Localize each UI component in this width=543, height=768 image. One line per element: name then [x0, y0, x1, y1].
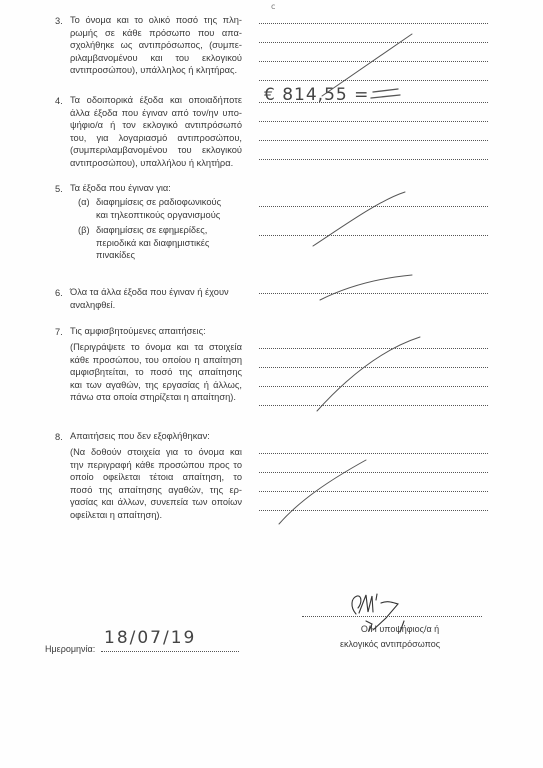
answer-line[interactable]: [259, 510, 488, 511]
answer-line[interactable]: [259, 386, 488, 387]
signature-caption-1: Ο/Η υποψήφιος/α ή: [300, 624, 500, 634]
text-line: αναληφθεί.: [70, 299, 245, 312]
top-mark: c: [271, 2, 276, 11]
text-line: (Περιγράψετε το όνομα και τα στοιχεία: [70, 341, 242, 354]
answer-line[interactable]: [259, 23, 488, 24]
answer-line[interactable]: [259, 140, 488, 141]
text-line: και τηλεοπτικούς οργανισμούς: [96, 209, 221, 222]
section-number: 4.: [55, 96, 63, 106]
text-line: ρωμής σε κάθε πρόσωπο που απα-: [70, 27, 242, 40]
text-line: αμφισβητείται, το ποσό της απαίτησης: [70, 366, 242, 379]
text-line: σχολήθηκε ως αντιπρόσωπος, (συμπε-: [70, 39, 242, 52]
text-line: περιοδικά και διαφημιστικές: [96, 237, 209, 250]
text-line: ποσό της απαίτησης αγαθών, της ερ-: [70, 484, 242, 497]
text-line: Το όνομα και το ολικό ποσό της πλη-: [70, 14, 242, 27]
section-5-title: Τα έξοδα που έγιναν για:: [70, 182, 171, 195]
text-line: άλλα έξοδα που έγιναν από τον/ην υπο-: [70, 107, 242, 120]
answer-line[interactable]: [259, 405, 488, 406]
answer-line[interactable]: [259, 159, 488, 160]
form-page: c 3. Το όνομα και το ολικό ποσό της πλη-…: [0, 0, 543, 768]
answer-line[interactable]: [259, 42, 488, 43]
answer-line[interactable]: [259, 80, 488, 81]
answer-line[interactable]: [259, 472, 488, 473]
text-line: ψήφιο/α ή τον εκλογικό αντιπρόσωπό: [70, 119, 242, 132]
text-line: του, για λογαριασμό αντιπροσώπου,: [70, 132, 242, 145]
text-line: αντιπροσώπου), υπάλληλος ή κλητήρας.: [70, 64, 242, 77]
equals-mark-2: [371, 95, 400, 98]
signature-caption-2: εκλογικός αντιπρόσωπος: [290, 639, 490, 649]
answer-line[interactable]: [259, 206, 488, 207]
section-3-text: Το όνομα και το ολικό ποσό της πλη- ρωμή…: [70, 14, 242, 77]
section-7-title: Τις αμφισβητούμενες απαιτήσεις:: [70, 325, 206, 338]
strike-section-8: [279, 460, 366, 524]
section-number: 7.: [55, 327, 63, 337]
text-line: (συμπεριλαμβανομένου του εκλογικού: [70, 144, 242, 157]
handwritten-date: 18/07/19: [104, 628, 196, 648]
text-line: Τα οδοιπορικά έξοδα και οποιαδήποτε: [70, 94, 242, 107]
answer-line[interactable]: [259, 121, 488, 122]
text-line: διαφημίσεις σε εφημερίδες,: [96, 224, 209, 237]
item-a-text: διαφημίσεις σε ραδιοφωνικούς και τηλεοπτ…: [96, 196, 221, 221]
text-line: την περιγραφή κάθε προσώπου προς το: [70, 459, 242, 472]
signature-line[interactable]: [302, 616, 482, 617]
text-line: κάθε προσώπου, του οποίου η απαίτηση: [70, 354, 242, 367]
text-line: διαφημίσεις σε ραδιοφωνικούς: [96, 196, 221, 209]
equals-mark-1: [373, 89, 398, 92]
text-line: οφείλεται η απαίτηση).: [70, 509, 242, 522]
answer-line[interactable]: [259, 102, 488, 103]
text-line: πάνω στα οποία στηρίζεται η απαίτηση).: [70, 391, 242, 404]
item-b-text: διαφημίσεις σε εφημερίδες, περιοδικά και…: [96, 224, 209, 262]
section-number: 6.: [55, 288, 63, 298]
text-line: Όλα τα άλλα έξοδα που έγιναν ή έχουν: [70, 286, 245, 299]
text-line: οποίο οφείλεται τέτοια απαίτηση, το: [70, 471, 242, 484]
text-line: (Να δοθούν στοιχεία για το όνομα και: [70, 446, 242, 459]
item-label: (α): [78, 196, 90, 209]
text-line: ριλαμβανομένου και του εκλογικού: [70, 52, 242, 65]
section-number: 3.: [55, 16, 63, 26]
answer-line[interactable]: [259, 235, 488, 236]
section-number: 5.: [55, 184, 63, 194]
date-label: Ημερομηνία:: [45, 643, 95, 656]
answer-line[interactable]: [259, 453, 488, 454]
answer-line[interactable]: [259, 348, 488, 349]
section-7-text: (Περιγράψετε το όνομα και τα στοιχεία κά…: [70, 341, 242, 404]
item-label: (β): [78, 224, 90, 237]
section-4-text: Τα οδοιπορικά έξοδα και οποιαδήποτε άλλα…: [70, 94, 242, 170]
text-line: γασίας και άλλων, συνεπεία των οποίων: [70, 496, 242, 509]
text-line: αντιπροσώπου), υπαλλήλου ή κλητήρα.: [70, 157, 242, 170]
date-line[interactable]: [101, 651, 239, 652]
section-8-text: (Να δοθούν στοιχεία για το όνομα και την…: [70, 446, 242, 522]
section-number: 8.: [55, 432, 63, 442]
text-line: και των αγαθών, της εργασίας ή άλλως,: [70, 379, 242, 392]
answer-line[interactable]: [259, 367, 488, 368]
answer-line[interactable]: [259, 293, 488, 294]
strike-section-6: [320, 275, 412, 300]
strike-section-5: [313, 192, 405, 246]
section-8-title: Απαιτήσεις που δεν εξοφλήθηκαν:: [70, 430, 210, 443]
answer-line[interactable]: [259, 61, 488, 62]
section-6-text: Όλα τα άλλα έξοδα που έγιναν ή έχουν ανα…: [70, 286, 245, 311]
text-line: πινακίδες: [96, 249, 209, 262]
answer-line[interactable]: [259, 491, 488, 492]
